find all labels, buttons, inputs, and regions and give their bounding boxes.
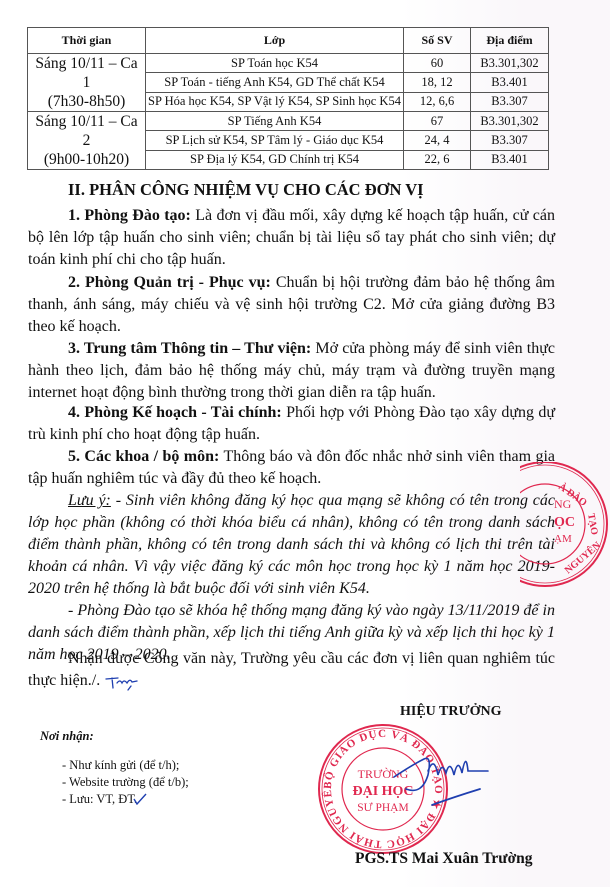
header-location: Địa điểm xyxy=(471,28,549,54)
class-cell: SP Lịch sử K54, SP Tâm lý - Giáo dục K54 xyxy=(146,131,404,150)
students-cell: 60 xyxy=(404,54,471,73)
document-page: Thời gian Lớp Số SV Địa điểm Sáng 10/11 … xyxy=(0,0,610,887)
location-cell: B3.301,302 xyxy=(471,112,549,131)
students-cell: 67 xyxy=(404,112,471,131)
session-date: Sáng 10/11 – Ca 1 xyxy=(35,55,137,91)
recipient-item: - Website trường (để t/b); xyxy=(62,774,189,791)
recipients-title: Nơi nhận: xyxy=(40,728,189,745)
note-paragraph: Lưu ý: - Sinh viên không đăng ký học qua… xyxy=(28,490,555,600)
signature-icon xyxy=(392,745,502,815)
overlap-seal-icon: À ĐÀO TẠO NGUYÊN NG ỌC ẠM xyxy=(520,462,610,592)
recipient-text: - Lưu: VT, ĐT. xyxy=(62,792,137,806)
schedule-table: Thời gian Lớp Số SV Địa điểm Sáng 10/11 … xyxy=(27,27,549,170)
location-cell: B3.307 xyxy=(471,92,549,111)
session-time-cell: Sáng 10/11 – Ca 2 (9h00-10h20) xyxy=(28,112,146,170)
location-cell: B3.301,302 xyxy=(471,54,549,73)
location-cell: B3.401 xyxy=(471,150,549,169)
students-cell: 24, 4 xyxy=(404,131,471,150)
class-cell: SP Hóa học K54, SP Vật lý K54, SP Sinh h… xyxy=(146,92,404,111)
header-students: Số SV xyxy=(404,28,471,54)
table-row: Sáng 10/11 – Ca 1 (7h30-8h50) SP Toán họ… xyxy=(28,54,549,73)
table-row: Sáng 10/11 – Ca 2 (9h00-10h20) SP Tiếng … xyxy=(28,112,549,131)
session-date: Sáng 10/11 – Ca 2 xyxy=(35,113,137,149)
students-cell: 18, 12 xyxy=(404,73,471,92)
section-title: II. PHÂN CÔNG NHIỆM VỤ CHO CÁC ĐƠN VỊ xyxy=(68,180,424,200)
svg-text:ẠM: ẠM xyxy=(554,533,572,545)
checkmark-icon xyxy=(133,793,147,805)
svg-text:TẠO: TẠO xyxy=(585,513,600,536)
session-hours: (9h00-10h20) xyxy=(44,151,129,168)
class-cell: SP Toán - tiếng Anh K54, GD Thể chất K54 xyxy=(146,73,404,92)
students-cell: 22, 6 xyxy=(404,150,471,169)
svg-text:ỌC: ỌC xyxy=(554,515,575,530)
students-cell: 12, 6,6 xyxy=(404,92,471,111)
note-label: Lưu ý: xyxy=(68,492,111,509)
closing-paragraph: Nhận được Công văn này, Trường yêu cầu c… xyxy=(28,648,555,692)
task-label: 4. Phòng Kế hoạch - Tài chính: xyxy=(68,404,282,421)
class-cell: SP Địa lý K54, GD Chính trị K54 xyxy=(146,150,404,169)
task-label: 1. Phòng Đào tạo: xyxy=(68,207,191,224)
header-time: Thời gian xyxy=(28,28,146,54)
task-item-library: 3. Trung tâm Thông tin – Thư viện: Mở cử… xyxy=(28,338,555,404)
recipients-block: Nơi nhận: - Như kính gửi (để t/h); - Web… xyxy=(40,728,189,808)
svg-text:NG: NG xyxy=(554,497,572,511)
task-label: 3. Trung tâm Thông tin – Thư viện: xyxy=(68,340,311,357)
header-class: Lớp xyxy=(146,28,404,54)
recipient-item: - Lưu: VT, ĐT. xyxy=(62,791,189,808)
location-cell: B3.401 xyxy=(471,73,549,92)
session-hours: (7h30-8h50) xyxy=(48,93,126,110)
task-label: 2. Phòng Quản trị - Phục vụ: xyxy=(68,274,271,291)
table-header-row: Thời gian Lớp Số SV Địa điểm xyxy=(28,28,549,54)
handwritten-initials-icon xyxy=(104,673,140,691)
recipients-list: - Như kính gửi (để t/h); - Website trườn… xyxy=(40,757,189,808)
class-cell: SP Toán học K54 xyxy=(146,54,404,73)
task-label: 5. Các khoa / bộ môn: xyxy=(68,448,219,465)
signer-name: PGS.TS Mai Xuân Trường xyxy=(355,850,533,868)
task-item-training-office: 1. Phòng Đào tạo: Là đơn vị đầu mối, xây… xyxy=(28,205,555,271)
class-cell: SP Tiếng Anh K54 xyxy=(146,112,404,131)
session-time-cell: Sáng 10/11 – Ca 1 (7h30-8h50) xyxy=(28,54,146,112)
task-item-faculties: 5. Các khoa / bộ môn: Thông báo và đôn đ… xyxy=(28,446,555,490)
recipient-item: - Như kính gửi (để t/h); xyxy=(62,757,189,774)
task-item-finance-office: 4. Phòng Kế hoạch - Tài chính: Phối hợp … xyxy=(28,402,555,446)
task-item-admin-office: 2. Phòng Quản trị - Phục vụ: Chuẩn bị hộ… xyxy=(28,272,555,338)
signer-title: HIỆU TRƯỞNG xyxy=(400,704,502,720)
location-cell: B3.307 xyxy=(471,131,549,150)
